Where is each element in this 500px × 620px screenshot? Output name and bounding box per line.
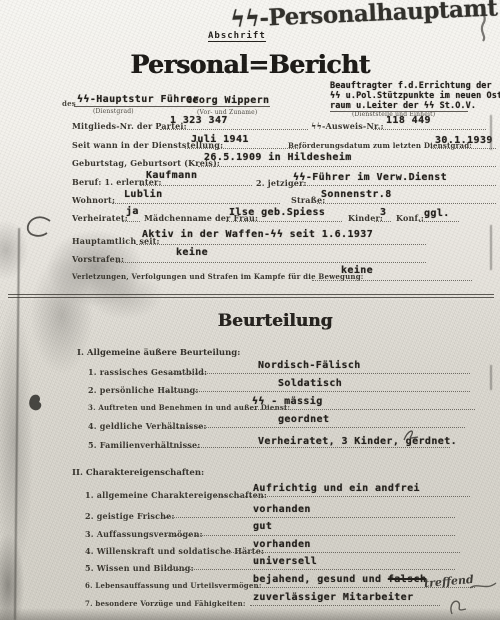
ss-id-value: 118 449 [386,115,431,126]
s2-item3-value: gut [253,521,272,532]
children-value: 3 [380,207,386,218]
document-title: Personal=Bericht [130,50,370,79]
since-value: Juli 1941 [191,134,249,145]
office-line3: raum u.Leiter der ϟϟ St.O.V. [330,101,476,111]
name-value: Georg Wippern [186,95,269,106]
s2-item4-label: 4. Willenskraft und soldatische Härte: [85,546,264,556]
s2-item6-value: bejahend, gesund und falsch [253,574,426,585]
s1-item4-value: geordnet [278,414,329,425]
s2-item6-struck-word: falsch [388,574,427,585]
job-value: Kaufmann [146,170,197,181]
s1-item1-label: 1. rassisches Gesamtbild: [88,367,207,377]
s1-item5-label: 5. Familienverhältnisse: [88,440,200,450]
s2-item6-label: 6. Lebensauffassung und Urteilsvermögen: [85,581,262,590]
s2-item3-label: 3. Auffassungsvermögen: [85,529,203,539]
s2-item1-label: 1. allgemeine Charaktereigenschaften: [85,490,267,500]
priors-value: keine [176,247,208,258]
office-line1: Beauftragter f.d.Errichtung der [330,81,492,91]
s2-item2-label: 2. geistige Frische: [85,511,175,521]
scanned-document-page: ϟϟ-Personalhauptamt Abschrift Personal=B… [0,0,500,620]
injuries-value: keine [341,265,373,276]
s2-item7-label: 7. besondere Vorzüge und Fähigkeiten: [85,599,246,608]
fulltime-value: Aktiv in der Waffen-ϟϟ seit 1.6.1937 [142,229,373,240]
edge-crease [490,115,492,150]
s1-item4-label: 4. geldliche Verhältnisse: [88,421,207,431]
pen-c-mark [22,215,56,241]
s2-item7-value: zuverlässiger Mitarbeiter [253,592,414,603]
s1-item3-value: ϟϟ - mässig [252,396,323,407]
s2-item5-value: universell [253,556,317,567]
pen-tail-mark [468,578,498,594]
paper-fold-line [14,228,20,620]
married-label: Verheiratet: [72,213,128,223]
margin-squiggle-mark [474,2,494,42]
married-value: ja [126,206,139,217]
office-stamp: ϟϟ-Personalhauptamt [230,0,463,33]
assessment-title: Beurteilung [200,311,350,331]
paper-grain-lower [0,300,500,620]
promotion-value: 30.1.1939 [435,135,493,146]
s1-item2-value: Soldatisch [278,378,342,389]
birth-value: 26.5.1909 in Hildesheim [204,152,352,163]
s1-item2-label: 2. persönliche Haltung: [88,385,199,395]
confession-value: ggl. [424,208,450,219]
office-line2: ϟϟ u.Pol.Stützpunkte im neuen Ost- [330,91,500,101]
assessment-section2-heading: II. Charaktereigenschaften: [72,468,204,478]
copy-annotation: Abschrift [208,31,266,42]
residence-label: Wohnort: [72,195,115,205]
rank-value: ϟϟ-Hauptstur Führer [77,94,199,105]
section-divider [8,294,494,295]
job2-value: ϟϟ-Führer im Verw.Dienst [293,172,447,183]
s2-item1-value: Aufrichtig und ein andfrei [253,483,420,494]
s2-item2-value: vorhanden [253,504,311,515]
handwritten-insert-mark [402,428,420,442]
s2-item4-value: vorhanden [253,539,311,550]
street-value: Sonnenstr.8 [321,189,392,200]
assessment-section1-heading: I. Allgemeine äußere Beurteilung: [77,348,240,358]
s2-item5-label: 5. Wissen und Bildung: [85,563,194,573]
s2-item6-value-pre: bejahend, gesund und [253,574,388,585]
residence-value: Lublin [124,189,163,200]
s1-item5-value: Verheiratet, 3 Kinder, gerdnet. [258,436,457,447]
bottom-scan-shadow [0,608,500,620]
maiden-value: Ilse geb.Spiess [229,207,325,218]
ink-blob-mark [26,392,46,414]
rank-caption: (Dienstgrad) [93,108,134,115]
party-no-value: 1 323 347 [170,115,228,126]
s1-item1-value: Nordisch-Fälisch [258,360,361,371]
